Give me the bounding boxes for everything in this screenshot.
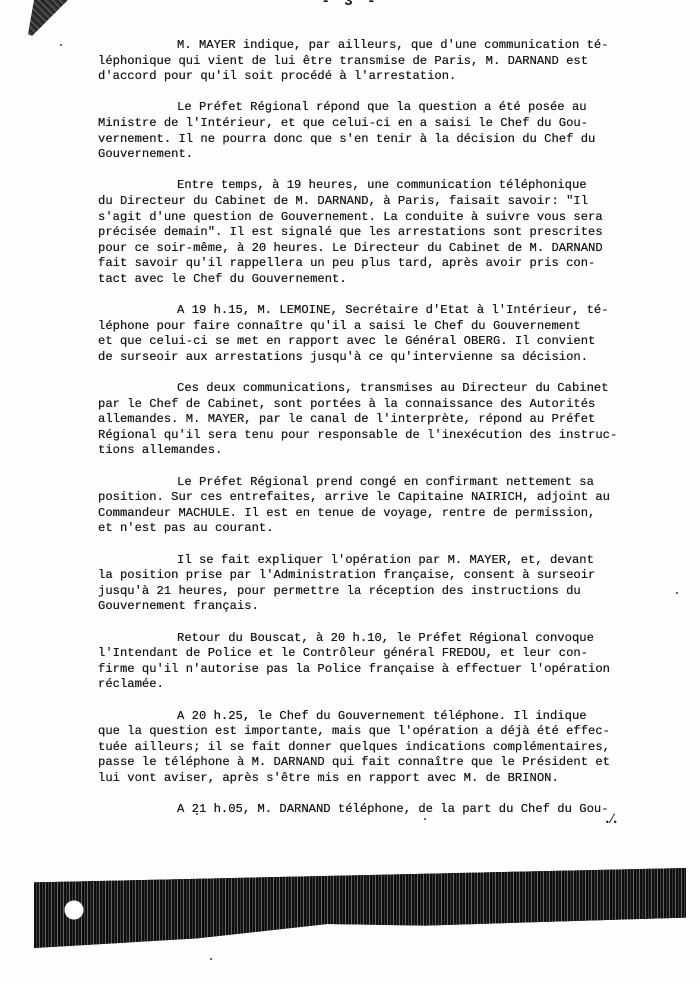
paragraph: Il se fait expliquer l'opération par M. … (98, 553, 694, 615)
text-line: Ministre de l'Intérieur, et que celui-ci… (98, 116, 694, 132)
text-line: Commandeur MACHULE. Il est en tenue de v… (98, 506, 694, 522)
text-line: lui vont aviser, après s'être mis en rap… (98, 771, 694, 787)
text-line: léphonique qui vient de lui être transmi… (98, 54, 694, 70)
text-line: A 20 h.25, le Chef du Gouvernement télép… (98, 709, 694, 725)
text-line: tuée ailleurs; il se fait donner quelque… (98, 740, 694, 756)
text-line: s'agit d'une question de Gouvernement. L… (98, 210, 694, 226)
scan-speck (210, 958, 212, 960)
text-line: léphone pour faire connaître qu'il a sai… (98, 319, 694, 335)
text-line: pour ce soir-même, à 20 heures. Le Direc… (98, 241, 694, 257)
text-line: Ces deux communications, transmises au D… (98, 381, 694, 397)
text-line: fait savoir qu'il rappellera un peu plus… (98, 256, 694, 272)
text-line: Entre temps, à 19 heures, une communicat… (98, 178, 694, 194)
paragraph: Retour du Bouscat, à 20 h.10, le Préfet … (98, 631, 694, 693)
text-line: Le Préfet Régional répond que la questio… (98, 100, 694, 116)
text-line: position. Sur ces entrefaites, arrive le… (98, 490, 694, 506)
text-line: Il se fait expliquer l'opération par M. … (98, 553, 694, 569)
text-line: tions allemandes. (98, 443, 694, 459)
text-line: précisée demain". Il est signalé que les… (98, 225, 694, 241)
paragraph: A 19 h.15, M. LEMOINE, Secrétaire d'Etat… (98, 303, 694, 365)
text-line: firme qu'il n'autorise pas la Police fra… (98, 662, 694, 678)
text-line: d'accord pour qu'il soit procédé à l'arr… (98, 69, 694, 85)
text-line: l'Intendant de Police et le Contrôleur g… (98, 646, 694, 662)
text-line: par le Chef de Cabinet, sont portées à l… (98, 397, 694, 413)
paragraph: Entre temps, à 19 heures, une communicat… (98, 178, 694, 287)
paragraph: Ces deux communications, transmises au D… (98, 381, 694, 459)
text-line: de surseoir aux arrestations jusqu'à ce … (98, 350, 694, 366)
text-line: Le Préfet Régional prend congé en confir… (98, 475, 694, 491)
text-line: passe le téléphone à M. DARNAND qui fait… (98, 755, 694, 771)
scan-speck (676, 592, 678, 594)
text-line: que la question est importante, mais que… (98, 724, 694, 740)
paragraph: Le Préfet Régional prend congé en confir… (98, 475, 694, 537)
text-line: Gouvernement français. (98, 599, 694, 615)
text-line: vernement. Il ne pourra donc que s'en te… (98, 132, 694, 148)
text-line: Gouvernement. (98, 147, 694, 163)
text-line: la position prise par l'Administration f… (98, 568, 694, 584)
text-line: tact avec le Chef du Gouvernement. (98, 272, 694, 288)
text-line: A 21 h.05, M. DARNAND téléphone, de la p… (98, 802, 694, 818)
paragraph: Le Préfet Régional répond que la questio… (98, 100, 694, 162)
typescript-body: M. MAYER indique, par ailleurs, que d'un… (98, 38, 694, 833)
text-line: réclamée. (98, 677, 694, 693)
paragraph: A 20 h.25, le Chef du Gouvernement télép… (98, 709, 694, 787)
text-line: M. MAYER indique, par ailleurs, que d'un… (98, 38, 694, 54)
text-line: et que celui-ci se met en rapport avec l… (98, 334, 694, 350)
scan-edge-artifact (34, 868, 686, 948)
text-line: et n'est pas au courant. (98, 521, 694, 537)
scan-speck (424, 818, 426, 820)
continuation-mark: ./. (606, 811, 618, 828)
text-line: Retour du Bouscat, à 20 h.10, le Préfet … (98, 631, 694, 647)
scan-speck (196, 813, 198, 815)
scan-speck (60, 44, 62, 46)
paragraph: A 21 h.05, M. DARNAND téléphone, de la p… (98, 802, 694, 818)
text-line: allemandes. M. MAYER, par le canal de l'… (98, 412, 694, 428)
text-line: Régional qu'il sera tenu pour responsabl… (98, 428, 694, 444)
text-line: jusqu'à 21 heures, pour permettre la réc… (98, 584, 694, 600)
paragraph: M. MAYER indique, par ailleurs, que d'un… (98, 38, 694, 85)
page-number: - 3 - (0, 0, 700, 10)
text-line: A 19 h.15, M. LEMOINE, Secrétaire d'Etat… (98, 303, 694, 319)
text-line: du Directeur du Cabinet de M. DARNAND, à… (98, 194, 694, 210)
